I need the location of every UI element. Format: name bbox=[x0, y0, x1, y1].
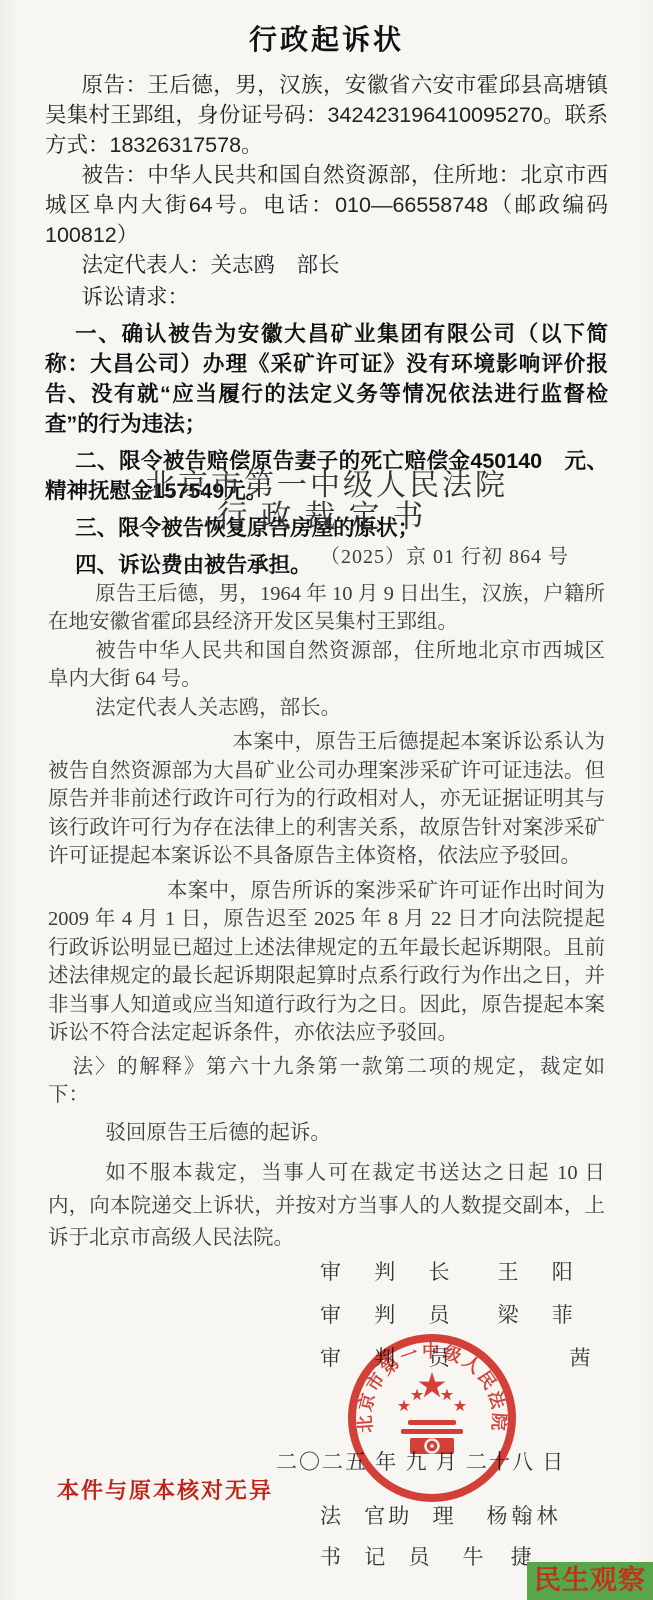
claims-heading: 诉讼请求： bbox=[45, 282, 608, 312]
verification-note: 本件与原本核对无异 bbox=[57, 1474, 273, 1505]
ruling-title: 行政裁定书 bbox=[48, 503, 605, 532]
judge-assistant-row: 法 官助 理杨翰林 bbox=[320, 1500, 562, 1541]
assistant-name: 杨翰林 bbox=[487, 1504, 562, 1528]
plaintiff-info: 原告：王后德，男，汉族，安徽省六安市霍邱县高塘镇吴集村王郢组，身份证号码：342… bbox=[45, 70, 608, 160]
complaint-title: 行政起诉状 bbox=[45, 18, 608, 58]
clerk-name: 牛 捷 bbox=[463, 1545, 536, 1569]
ruling-reasoning-1: 本案中，原告王后德提起本案诉讼系认为被告自然资源部为大昌矿业公司办理案涉采矿许可… bbox=[48, 728, 605, 871]
staff-block: 法 官助 理杨翰林 书 记 员牛 捷 bbox=[320, 1500, 562, 1582]
judge-name: 梁 菲 bbox=[498, 1303, 575, 1327]
national-emblem-icon bbox=[398, 1372, 466, 1454]
court-seal-icon: 北京市第一中级人民法院 bbox=[344, 1330, 520, 1506]
defendant-info: 被告：中华人民共和国自然资源部，住所地：北京市西城区阜内大街64号。电话：010… bbox=[45, 160, 608, 250]
claim-item-1: 一、确认被告为安徽大昌矿业集团有限公司（以下简称：大昌公司）办理《采矿许可证》没… bbox=[45, 319, 608, 439]
appeal-instructions: 如不服本裁定，当事人可在裁定书送达之日起 10 日内，向本院递交上诉状，并按对方… bbox=[48, 1157, 605, 1255]
watermark-badge: 民生观察 bbox=[527, 1562, 653, 1600]
ruling-defendant: 被告中华人民共和国自然资源部，住所地北京市西城区阜内大街 64 号。 bbox=[48, 637, 605, 694]
clerk-role: 书 记 员 bbox=[320, 1545, 433, 1569]
ruling-plaintiff: 原告王后德，男，1964 年 10 月 9 日出生，汉族，户籍所在地安徽省霍邱县… bbox=[48, 580, 605, 637]
judge-role: 审 判 员 bbox=[320, 1303, 452, 1327]
clerk-row: 书 记 员牛 捷 bbox=[320, 1541, 562, 1582]
legal-representative: 法定代表人：关志鸥 部长 bbox=[45, 250, 608, 280]
signature-presiding-judge: 审 判 长王 阳 bbox=[320, 1256, 593, 1299]
assistant-role: 法 官助 理 bbox=[320, 1504, 457, 1528]
ruling-representative: 法定代表人关志鸥，部长。 bbox=[48, 694, 605, 723]
ruling-decision: 驳回原告王后德的起诉。 bbox=[48, 1119, 605, 1148]
ruling-legal-basis: 法〉的解释》第六十九条第一款第二项的规定，裁定如下： bbox=[48, 1053, 605, 1110]
case-number: （2025）京 01 行初 864 号 bbox=[48, 543, 569, 572]
court-name: 北京市第一中级人民法院 bbox=[48, 472, 605, 501]
judge-role: 审 判 长 bbox=[320, 1260, 452, 1284]
judge-name: 茜 bbox=[570, 1346, 593, 1370]
judge-name: 王 阳 bbox=[498, 1260, 575, 1284]
ruling-section: 北京市第一中级人民法院 行政裁定书 （2025）京 01 行初 864 号 原告… bbox=[0, 458, 653, 1255]
ruling-reasoning-2: 本案中，原告所诉的案涉采矿许可证作出时间为 2009 年 4 月 1 日，原告迟… bbox=[48, 877, 605, 1048]
document-page: 行政起诉状 原告：王后德，男，汉族，安徽省六安市霍邱县高塘镇吴集村王郢组，身份证… bbox=[0, 0, 653, 1600]
